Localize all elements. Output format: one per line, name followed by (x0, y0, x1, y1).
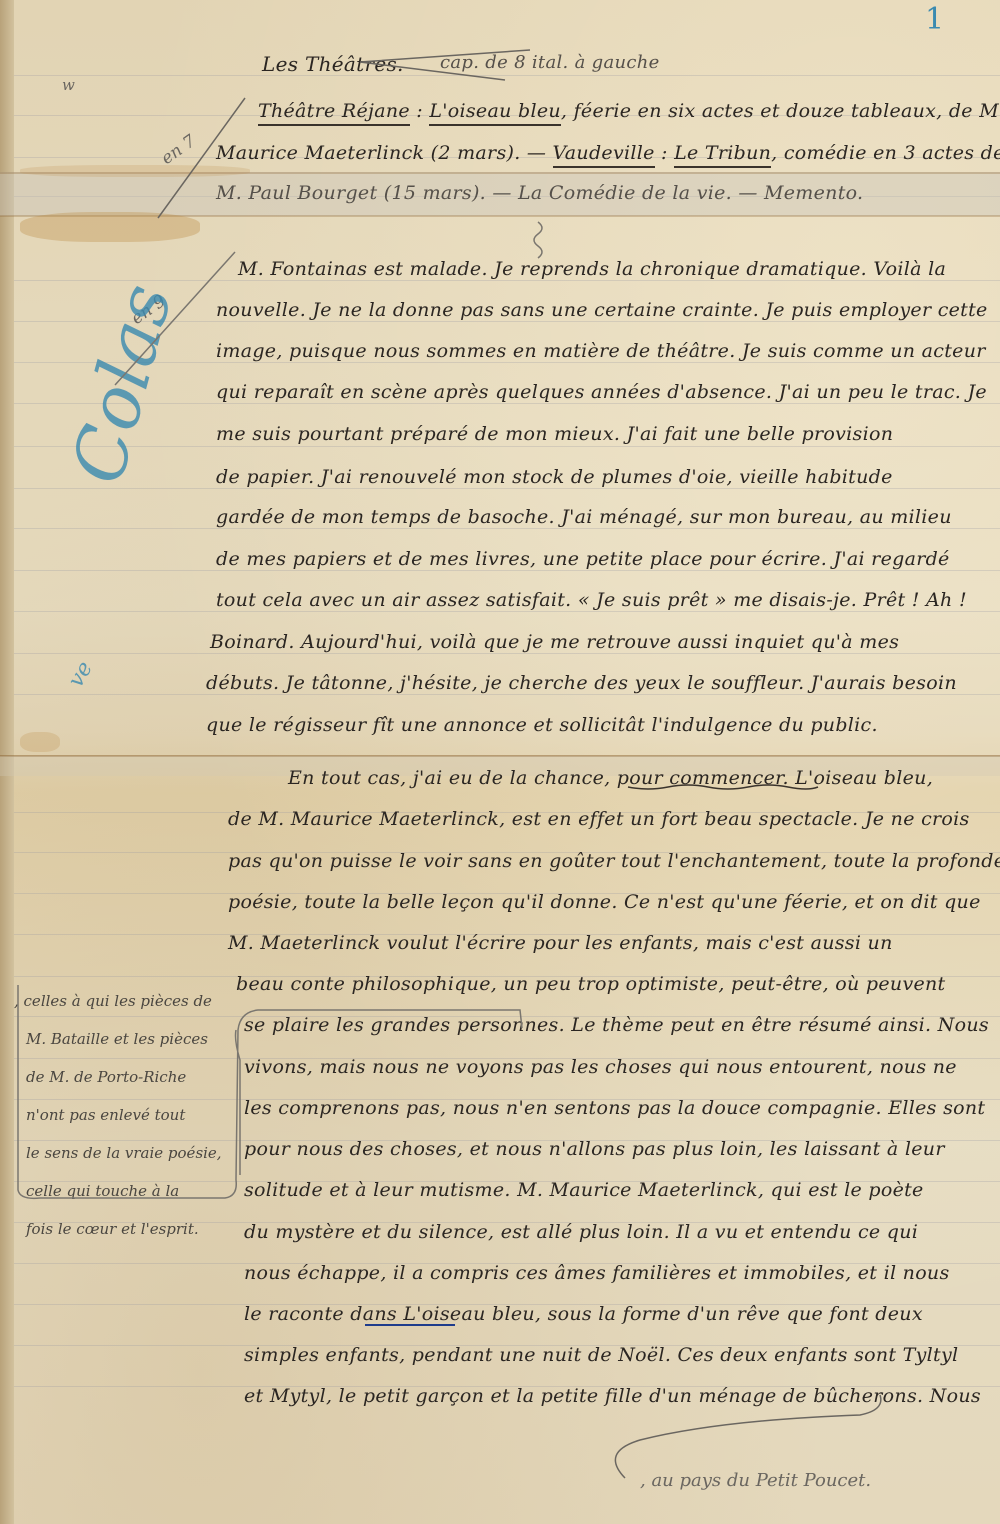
body-line: M. Fontainas est malade. Je reprends la … (238, 258, 946, 280)
body-line: nouvelle. Je ne la donne pas sans une ce… (216, 299, 988, 321)
body-line: de papier. J'ai renouvelé mon stock de p… (216, 466, 893, 488)
insertion-arrow-icon (615, 1395, 880, 1478)
body-line: Boinard. Aujourd'hui, voilà que je me re… (210, 631, 899, 653)
water-stain (20, 165, 250, 177)
water-stain (20, 212, 200, 242)
body-line: le raconte dans L'oiseau bleu, sous la f… (244, 1303, 923, 1325)
body-line: M. Maeterlinck voulut l'écrire pour les … (228, 932, 893, 954)
theatre-name: Théâtre Réjane (258, 100, 410, 126)
ruled-line (14, 488, 1000, 489)
body-line: vivons, mais nous ne voyons pas les chos… (244, 1056, 957, 1078)
bottom-insertion: , au pays du Petit Poucet. (640, 1470, 871, 1491)
body-line: solitude et à leur mutisme. M. Maurice M… (244, 1179, 924, 1201)
section-title: Les Théâtres. (262, 52, 404, 76)
ruled-line (14, 446, 1000, 447)
body-line: beau conte philosophique, un peu trop op… (236, 973, 946, 995)
play-title: L'oiseau bleu (429, 100, 561, 126)
body-line: pour nous des choses, et nous n'allons p… (244, 1138, 945, 1160)
water-stain (20, 732, 60, 752)
body-line: gardée de mon temps de basoche. J'ai mén… (216, 506, 952, 528)
summary-line-3: M. Paul Bourget (15 mars). — La Comédie … (216, 182, 863, 204)
manuscript-page: 1 w Les Théâtres. cap. de 8 ital. à gauc… (0, 0, 1000, 1524)
body-line: de mes papiers et de mes livres, une pet… (216, 548, 950, 570)
body-line: image, puisque nous sommes en matière de… (216, 340, 986, 362)
body-line: que le régisseur fît une annonce et soll… (206, 714, 878, 736)
body-line: du mystère et du silence, est allé plus … (244, 1221, 918, 1243)
body-line: En tout cas, j'ai eu de la chance, pour … (288, 767, 933, 789)
body-line: qui reparaît en scène après quelques ann… (216, 381, 987, 403)
play-title: Le Tribun (674, 142, 771, 168)
body-line: débuts. Je tâtonne, j'hésite, je cherche… (206, 672, 957, 694)
ruled-line (14, 611, 1000, 612)
body-line: et Mytyl, le petit garçon et la petite f… (244, 1385, 981, 1407)
theatre-name: Vaudeville (553, 142, 655, 168)
body-line: se plaire les grandes personnes. Le thèm… (244, 1014, 989, 1036)
body-line: pas qu'on puisse le voir sans en goûter … (228, 850, 1000, 872)
typesetting-instruction: cap. de 8 ital. à gauche (440, 52, 660, 73)
page-number: 1 (925, 2, 944, 37)
body-line: simples enfants, pendant une nuit de Noë… (244, 1344, 958, 1366)
blue-pencil-mark: ve (64, 657, 98, 692)
summary-line-1: Théâtre Réjane : L'oiseau bleu, féerie e… (258, 100, 1000, 122)
margin-insertion: , celles à qui les pièces de M. Bataille… (14, 982, 222, 1248)
body-line: tout cela avec un air assez satisfait. «… (216, 589, 967, 611)
body-line: me suis pourtant préparé de mon mieux. J… (216, 423, 893, 445)
blue-pencil-signature: Colas (55, 276, 188, 492)
body-line: poésie, toute la belle leçon qu'il donne… (228, 891, 981, 913)
summary-line-2: Maurice Maeterlinck (2 mars). — Vaudevil… (216, 142, 1000, 164)
body-line: de M. Maurice Maeterlinck, est en effet … (228, 808, 970, 830)
ruled-line (14, 528, 1000, 529)
ruled-line (14, 75, 1000, 76)
ruled-line (14, 694, 1000, 695)
font-size-mark-7: en 7 (158, 131, 200, 169)
ruled-line (14, 280, 1000, 281)
body-line: les comprenons pas, nous n'en sentons pa… (244, 1097, 985, 1119)
squiggle-mark-icon (534, 222, 542, 258)
ruled-line (14, 403, 1000, 404)
ruled-line (14, 653, 1000, 654)
body-line: nous échappe, il a compris ces âmes fami… (244, 1262, 950, 1284)
margin-mark: w (62, 76, 75, 94)
ruled-line (14, 570, 1000, 571)
